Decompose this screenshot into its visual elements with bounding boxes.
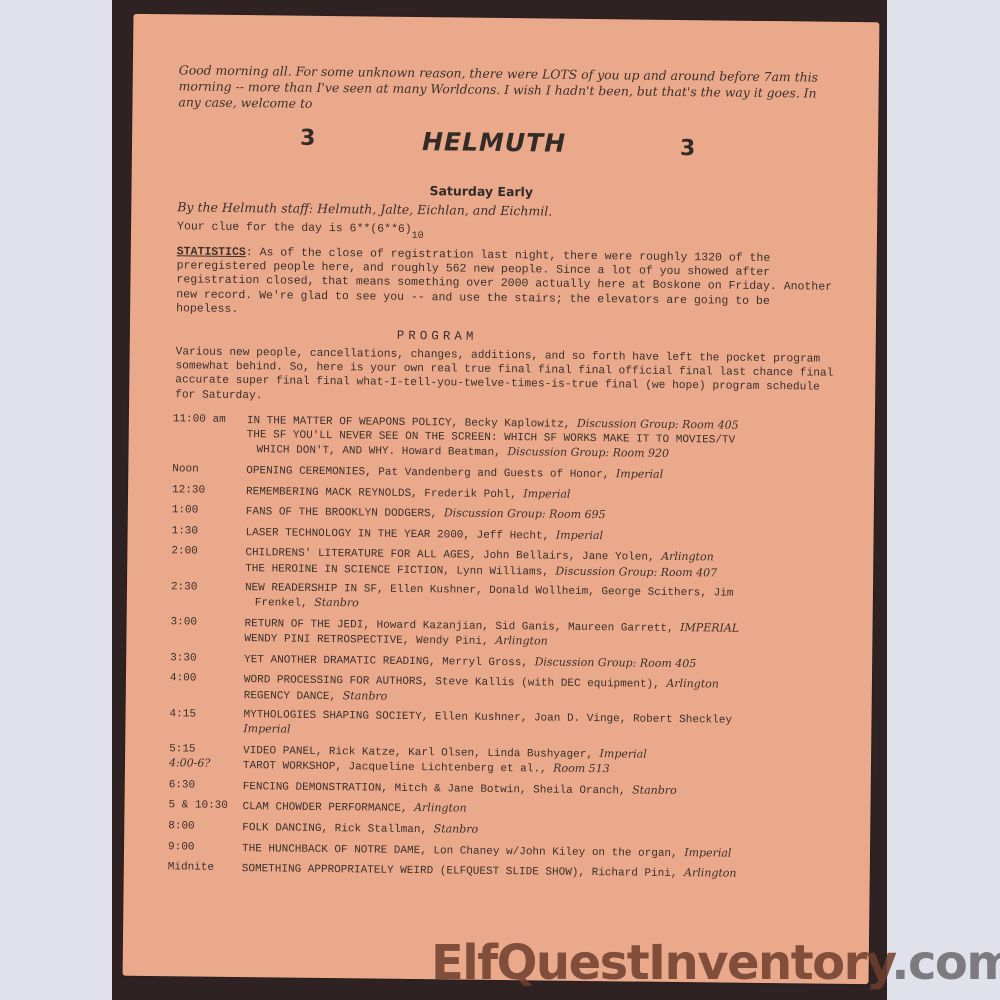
intro-paragraph: Good morning all. For some unknown reaso… (178, 62, 839, 117)
program-heading: PROGRAM (397, 329, 478, 344)
schedule-time: Noon (172, 462, 246, 478)
schedule-time: 4:00 (170, 672, 244, 703)
schedule-entry: FENCING DEMONSTRATION, Mitch & Jane Botw… (243, 779, 849, 801)
schedule-location: Stanbro (434, 822, 479, 836)
schedule-row: NoonOPENING CEREMONIES, Pat Vandenberg a… (172, 462, 852, 485)
schedule-location: Arlington (495, 634, 548, 648)
issue-number-right: 3 (680, 136, 696, 161)
schedule-row: 2:30NEW READERSHIP IN SF, Ellen Kushner,… (171, 580, 851, 617)
watermark-tld: .com (891, 935, 1000, 991)
schedule-row: 11:00 amIN THE MATTER OF WEAPONS POLICY,… (172, 412, 852, 464)
schedule-time: 11:00 am (172, 412, 247, 457)
schedule-time: 8:00 (168, 819, 242, 835)
schedule-time: 1:30 (172, 524, 246, 540)
schedule-row: 4:15MYTHOLOGIES SHAPING SOCIETY, Ellen K… (169, 707, 849, 744)
schedule-location: Imperial (600, 747, 647, 761)
clue-subscript: 10 (412, 231, 424, 242)
schedule-location: Arlington (684, 866, 737, 880)
newsletter-title: HELMUTH (422, 127, 566, 158)
schedule-location: Discussion Group: Room 407 (555, 564, 717, 579)
schedule-entry: OPENING CEREMONIES, Pat Vandenberg and G… (246, 463, 852, 485)
schedule-entry: FANS OF THE BROOKLYN DODGERS, Discussion… (246, 504, 852, 526)
issue-number-left: 3 (300, 126, 316, 151)
watermark-main: ElfQuestInventory (431, 935, 891, 991)
schedule-entry: REMEMBERING MACK REYNOLDS, Frederik Pohl… (246, 484, 852, 506)
schedule-location: Stanbro (632, 783, 677, 797)
schedule-entry: FOLK DANCING, Rick Stallman, Stanbro (242, 820, 848, 842)
schedule-row: 12:30REMEMBERING MACK REYNOLDS, Frederik… (172, 483, 852, 506)
schedule-location: Arlington (666, 677, 719, 691)
schedule-location: Room 513 (553, 762, 610, 776)
schedule-row: MidniteSOMETHING APPROPRIATELY WEIRD (EL… (168, 860, 848, 883)
schedule-time: 5:154:00-6? (169, 742, 243, 773)
schedule-entry: CLAM CHOWDER PERFORMANCE, Arlington (242, 799, 848, 821)
statistics-text: : As of the close of registration last n… (176, 246, 832, 316)
daily-clue: Your clue for the day is 6**(6**6)10 (177, 220, 424, 242)
schedule-time: 1:00 (172, 503, 246, 519)
schedule-location: Stanbro (314, 596, 359, 610)
schedule-location: Imperial (684, 846, 731, 860)
schedule-time: 12:30 (172, 483, 246, 499)
program-schedule: 11:00 amIN THE MATTER OF WEAPONS POLICY,… (168, 412, 853, 888)
schedule-row: 6:30FENCING DEMONSTRATION, Mitch & Jane … (169, 778, 849, 801)
schedule-location: Stanbro (343, 689, 388, 703)
schedule-location: Imperial (523, 487, 570, 501)
schedule-location: Imperial (616, 467, 663, 481)
schedule-entry: LASER TECHNOLOGY IN THE YEAR 2000, Jeff … (246, 525, 852, 547)
statistics-paragraph: STATISTICS: As of the close of registrat… (176, 245, 837, 323)
schedule-location: Imperial (556, 528, 603, 542)
schedule-time: 3:00 (170, 615, 244, 646)
schedule-entry: SOMETHING APPROPRIATELY WEIRD (ELFQUEST … (242, 861, 848, 883)
schedule-row: 3:30YET ANOTHER DRAMATIC READING, Merryl… (170, 651, 850, 674)
edition-subtitle: Saturday Early (429, 183, 533, 199)
clue-text: Your clue for the day is 6**(6**6) (177, 220, 412, 236)
schedule-location: Discussion Group: Room 695 (444, 507, 606, 522)
flyer-paper: Good morning all. For some unknown reaso… (123, 14, 880, 984)
schedule-row: 5 & 10:30CLAM CHOWDER PERFORMANCE, Arlin… (168, 799, 848, 822)
schedule-row: 8:00FOLK DANCING, Rick Stallman, Stanbro (168, 819, 848, 842)
schedule-time: 9:00 (168, 840, 242, 856)
statistics-label: STATISTICS (177, 245, 246, 259)
schedule-row: 3:00RETURN OF THE JEDI, Howard Kazanjian… (170, 615, 850, 653)
staff-credits: By the Helmuth staff: Helmuth, Jalte, Ei… (177, 199, 552, 218)
schedule-time: 2:30 (171, 580, 245, 610)
schedule-row: 4:00WORD PROCESSING FOR AUTHORS, Steve K… (170, 672, 850, 710)
schedule-location: Discussion Group: Room 405 (535, 655, 697, 670)
schedule-row: 5:154:00-6?VIDEO PANEL, Rick Katze, Karl… (169, 742, 849, 780)
schedule-row: 1:30LASER TECHNOLOGY IN THE YEAR 2000, J… (172, 524, 852, 547)
schedule-row: 9:00THE HUNCHBACK OF NOTRE DAME, Lon Cha… (168, 840, 848, 863)
schedule-location: Discussion Group: Room 405 (577, 417, 739, 432)
schedule-time: 2:00 (171, 545, 245, 576)
schedule-time: 4:15 (169, 707, 243, 737)
schedule-time: 5 & 10:30 (168, 799, 242, 815)
schedule-time: 6:30 (169, 778, 243, 794)
schedule-entry: YET ANOTHER DRAMATIC READING, Merryl Gro… (244, 652, 850, 674)
schedule-row: 2:00CHILDRENS' LITERATURE FOR ALL AGES, … (171, 545, 851, 583)
schedule-row: 1:00FANS OF THE BROOKLYN DODGERS, Discus… (172, 503, 852, 526)
schedule-location: Arlington (661, 550, 714, 564)
schedule-entry: THE HUNCHBACK OF NOTRE DAME, Lon Chaney … (242, 841, 848, 863)
program-intro: Various new people, cancellations, chang… (175, 345, 840, 409)
schedule-location: Discussion Group: Room 920 (507, 445, 669, 460)
schedule-time: Midnite (168, 860, 242, 876)
watermark-logo: ElfQuestInventory.com (431, 935, 1000, 991)
schedule-location: IMPERIAL (680, 621, 739, 635)
schedule-location: Arlington (414, 801, 467, 815)
schedule-location: Imperial (243, 722, 290, 736)
schedule-time: 3:30 (170, 651, 244, 667)
